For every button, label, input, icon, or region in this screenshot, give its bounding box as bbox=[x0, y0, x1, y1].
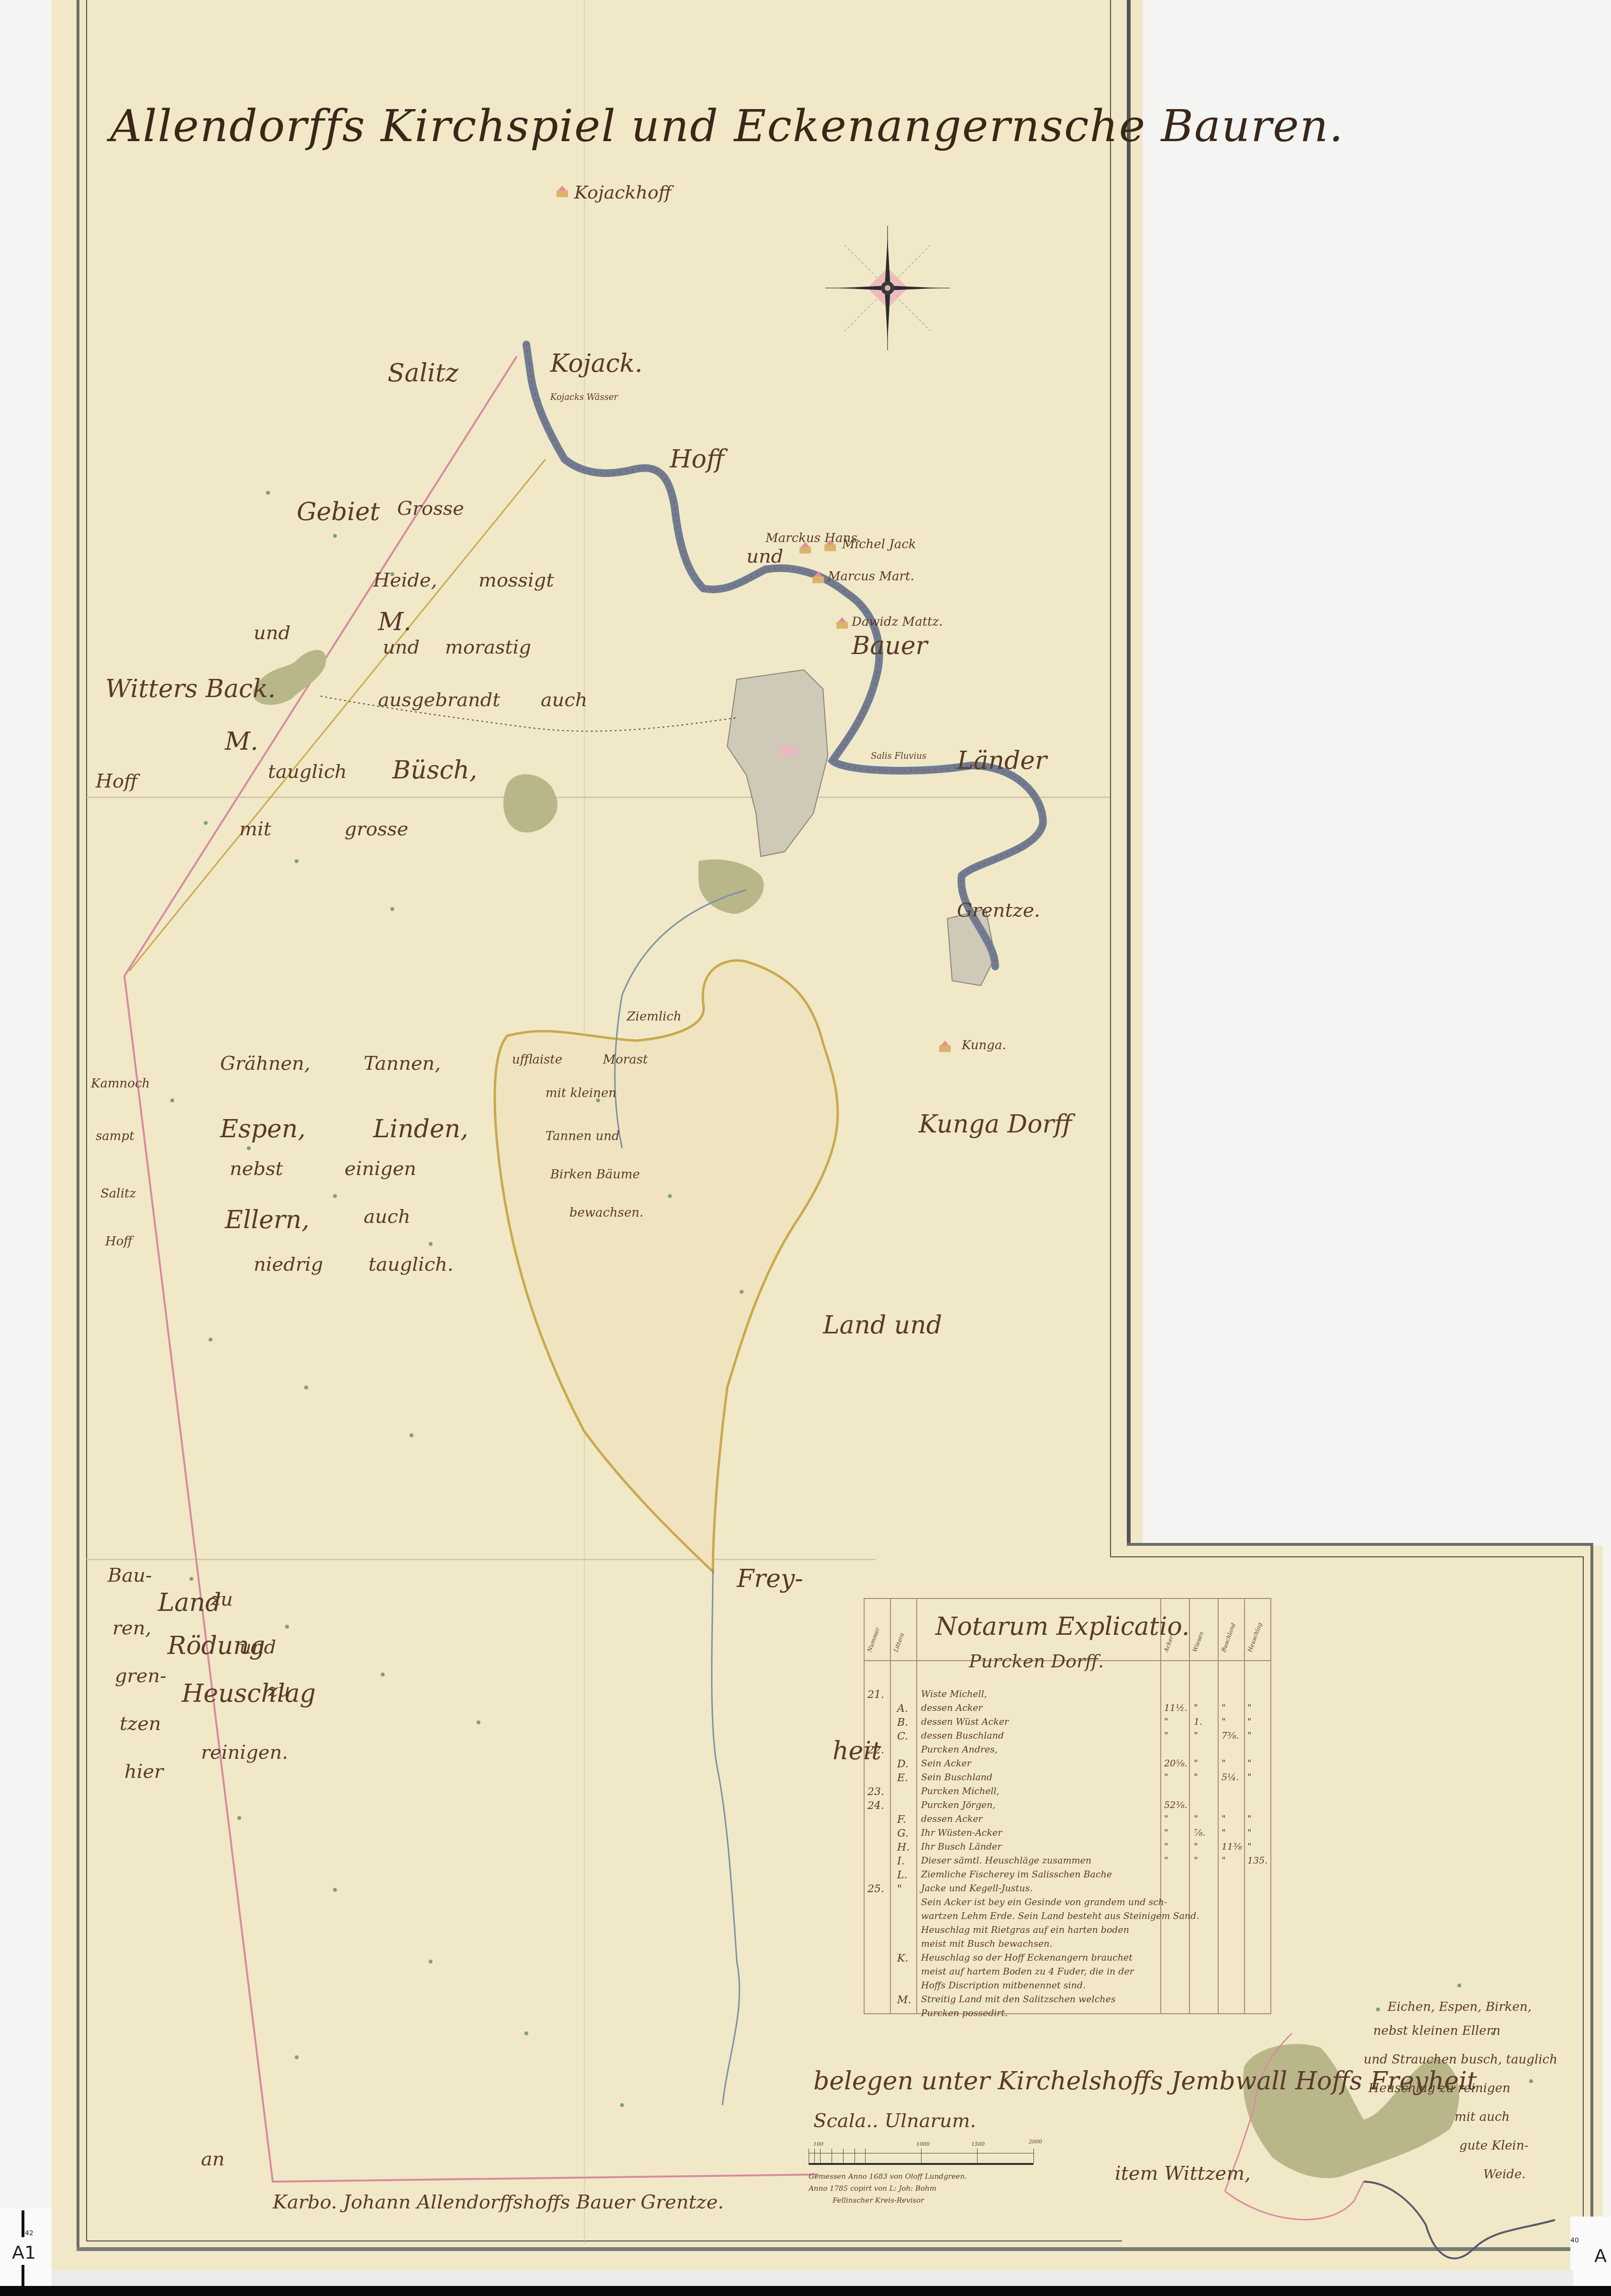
label-auch: auch bbox=[541, 689, 588, 711]
legend-value-busch: 5¼. bbox=[1222, 1772, 1239, 1783]
legend-letter: F. bbox=[897, 1814, 906, 1826]
label-morastig: morastig bbox=[445, 636, 531, 658]
label-ren: ren, bbox=[112, 1617, 151, 1639]
house-icon bbox=[835, 617, 849, 629]
scale-bar bbox=[809, 2153, 1033, 2165]
label-zu: zu bbox=[211, 1588, 233, 1610]
legend-value-busch: " bbox=[1222, 1855, 1226, 1866]
annex-text-line: Weide. bbox=[1483, 2167, 1526, 2182]
legend-col-header: Nummer bbox=[866, 1626, 881, 1653]
label-kojacks-wasser: Kojacks Wässer bbox=[550, 392, 618, 402]
label-zu: zu bbox=[268, 1679, 290, 1701]
legend-description: Purcken possedirt. bbox=[921, 2008, 1008, 2019]
legend-col-header: Littera bbox=[892, 1632, 905, 1653]
label-hoff: Hoff bbox=[105, 1234, 133, 1249]
legend-value-heu: " bbox=[1247, 1730, 1252, 1741]
legend-col-header: Wiesen bbox=[1191, 1631, 1205, 1653]
legend-value-busch: " bbox=[1222, 1758, 1226, 1769]
legend-col-header: Buschland bbox=[1220, 1622, 1237, 1653]
annex-text-line: Heuschlag zu reinigen bbox=[1368, 2081, 1511, 2096]
legend-value-busch: " bbox=[1222, 1828, 1226, 1838]
label-tauglich: tauglich bbox=[268, 761, 347, 783]
label-und: und bbox=[254, 622, 290, 644]
label-salis-fluvius: Salis Fluvius bbox=[871, 751, 926, 761]
house-icon bbox=[823, 540, 837, 551]
ruler-number: 40 bbox=[1570, 2237, 1579, 2244]
legend-value-busch: 7⅜. bbox=[1222, 1730, 1239, 1741]
legend-description: Wiste Michell, bbox=[921, 1689, 987, 1699]
annex-text-line: nebst kleinen Ellern bbox=[1373, 2024, 1500, 2038]
scale-title: Scala.. Ulnarum. bbox=[813, 2110, 976, 2132]
compass-rose-icon bbox=[825, 226, 950, 350]
legend-value-acker: " bbox=[1164, 1772, 1168, 1783]
label-karbo-grentze: Karbo. Johann Allendorffshoffs Bauer Gre… bbox=[273, 2191, 724, 2213]
legend-description: Sein Buschland bbox=[921, 1772, 992, 1783]
map-drawing bbox=[0, 0, 1611, 2296]
label-item-wittzem: item Wittzem, bbox=[1115, 2163, 1251, 2185]
scale-credit: Fellinscher Kreis-Revisor bbox=[833, 2196, 924, 2205]
legend-value-acker: 52⅜. bbox=[1164, 1800, 1188, 1810]
label-bau: Bau- bbox=[108, 1564, 152, 1586]
ruler-left: 42 A1 bbox=[0, 2208, 52, 2286]
ruler-label: A1 bbox=[12, 2242, 36, 2263]
legend-number: 24. bbox=[867, 1800, 884, 1812]
label-tannen: Tannen, bbox=[364, 1053, 441, 1075]
label-niedrig: niedrig bbox=[254, 1253, 323, 1276]
legend-value-acker: " bbox=[1164, 1841, 1168, 1852]
label-und: und bbox=[383, 636, 420, 658]
village-fields bbox=[727, 670, 828, 856]
annex-river bbox=[1364, 2182, 1555, 2258]
label-mossigt: mossigt bbox=[478, 569, 554, 591]
legend-description: wartzen Lehm Erde. Sein Land besteht aus… bbox=[921, 1911, 1199, 1921]
legend-value-heu: " bbox=[1247, 1703, 1252, 1713]
legend-description: Heuschlag so der Hoff Eckenangern brauch… bbox=[921, 1952, 1133, 1963]
legend-table: Notarum Explicatio. Purcken Dorff. Numme… bbox=[864, 1598, 1270, 2014]
legend-description: Heuschlag mit Rietgras auf ein harten bo… bbox=[921, 1925, 1129, 1935]
legend-description: meist mit Busch bewachsen. bbox=[921, 1939, 1053, 1949]
legend-value-heu: " bbox=[1247, 1772, 1252, 1783]
legend-description: Ihr Busch Länder bbox=[921, 1841, 1001, 1852]
label-hoff: Hoff bbox=[670, 445, 724, 474]
legend-value-busch: " bbox=[1222, 1717, 1226, 1727]
legend-value-acker: " bbox=[1164, 1855, 1168, 1866]
legend-description: Hoffs Discription mitbenennet sind. bbox=[921, 1980, 1086, 1991]
map-title: Allendorffs Kirchspiel und Eckenangernsc… bbox=[110, 100, 1344, 152]
label-farm-michel-jack: Michel Jack bbox=[842, 537, 916, 552]
label-lander: Länder bbox=[957, 746, 1047, 775]
label-grentze: Grentze. bbox=[957, 899, 1040, 921]
legend-value-acker: " bbox=[1164, 1730, 1168, 1741]
legend-letter: A. bbox=[897, 1703, 908, 1715]
legend-description: Streitig Land mit den Salitzschen welche… bbox=[921, 1994, 1116, 2005]
label-m: M. bbox=[225, 727, 258, 756]
label-reinigen: reinigen. bbox=[201, 1741, 288, 1764]
label-bewachsen: bewachsen. bbox=[569, 1206, 644, 1220]
legend-value-acker: 11½. bbox=[1164, 1703, 1188, 1713]
scale-tick-label: 100 bbox=[813, 2141, 823, 2147]
label-linden: Linden, bbox=[373, 1115, 468, 1143]
legend-letter: D. bbox=[897, 1758, 909, 1770]
label-land-und: Land und bbox=[823, 1311, 942, 1340]
legend-number: 22. bbox=[867, 1744, 884, 1756]
label-espen: Espen, bbox=[220, 1115, 306, 1143]
legend-value-wiesen: " bbox=[1194, 1758, 1198, 1769]
legend-description: dessen Acker bbox=[921, 1703, 983, 1713]
annex-text-line: mit auch bbox=[1455, 2110, 1510, 2124]
house-icon bbox=[555, 186, 569, 197]
label-an: an bbox=[201, 2148, 225, 2170]
label-m: M. bbox=[378, 608, 411, 636]
label-graehnen: Grähnen, bbox=[220, 1053, 311, 1075]
legend-value-wiesen: " bbox=[1194, 1855, 1198, 1866]
legend-value-heu: " bbox=[1247, 1828, 1252, 1838]
label-und: und bbox=[239, 1636, 276, 1658]
label-ellern: Ellern, bbox=[225, 1206, 310, 1234]
label-auch: auch bbox=[364, 1206, 411, 1228]
ruler-bottom bbox=[52, 2270, 1573, 2286]
legend-letter: M. bbox=[897, 1994, 911, 2006]
map-subtitle: Kojackhoff bbox=[574, 182, 671, 203]
label-busch: Büsch, bbox=[392, 756, 478, 785]
house-icon bbox=[938, 1041, 952, 1052]
ruler-number: 42 bbox=[25, 2229, 33, 2237]
annex-text-line: und Strauchen busch, tauglich bbox=[1364, 2052, 1557, 2067]
legend-value-wiesen: " bbox=[1194, 1814, 1198, 1824]
legend-letter: I. bbox=[897, 1855, 905, 1867]
legend-title: Notarum Explicatio. bbox=[935, 1612, 1189, 1641]
legend-value-wiesen: " bbox=[1194, 1730, 1198, 1741]
scale-tick-label: 2000 bbox=[1029, 2139, 1042, 2145]
label-sampt: sampt bbox=[96, 1129, 134, 1143]
legend-letter: H. bbox=[897, 1841, 910, 1853]
legend-letter: " bbox=[897, 1883, 902, 1895]
scale-credit: Gemessen Anno 1683 von Oloff Lundgreen. bbox=[809, 2172, 967, 2181]
label-kamnoch: Kamnoch bbox=[91, 1076, 150, 1091]
boundary-yellow bbox=[129, 459, 545, 971]
river-kojack bbox=[526, 344, 1043, 966]
label-ausgebrandt: ausgebrandt bbox=[378, 689, 500, 711]
label-tzen: tzen bbox=[120, 1713, 161, 1735]
legend-description: dessen Wüst Acker bbox=[921, 1717, 1009, 1727]
legend-value-wiesen: " bbox=[1194, 1772, 1198, 1783]
label-kunga-dorf: Kunga Dorff bbox=[919, 1110, 1072, 1139]
label-kunga: Kunga. bbox=[962, 1038, 1006, 1053]
label-tauglich: tauglich. bbox=[368, 1253, 454, 1276]
scale-credit: Anno 1785 copirt von L: Joh: Bohm bbox=[809, 2184, 936, 2193]
legend-section: Purcken Dorff. bbox=[969, 1651, 1104, 1672]
label-kojack: Kojack. bbox=[550, 349, 643, 378]
label-bauer: Bauer bbox=[852, 632, 927, 660]
legend-value-acker: 20⅝. bbox=[1164, 1758, 1188, 1769]
lake-village bbox=[699, 859, 764, 914]
label-grosse: Grosse bbox=[397, 498, 464, 520]
legend-description: Purcken Andres, bbox=[921, 1744, 998, 1755]
label-einigen: einigen bbox=[344, 1158, 416, 1180]
legend-value-acker: " bbox=[1164, 1828, 1168, 1838]
legend-description: Sein Acker ist bey ein Gesinde von grand… bbox=[921, 1897, 1167, 1908]
legend-value-heu: " bbox=[1247, 1814, 1252, 1824]
house-icon bbox=[798, 542, 812, 554]
ruler-right: 40 A bbox=[1570, 2217, 1611, 2286]
label-hoff: Hoff bbox=[96, 770, 137, 792]
legend-letter: L. bbox=[897, 1869, 908, 1881]
legend-description: meist auf hartem Boden zu 4 Fuder, die i… bbox=[921, 1966, 1134, 1977]
legend-number: 23. bbox=[867, 1786, 884, 1798]
label-nebst: nebst bbox=[230, 1158, 283, 1180]
legend-description: dessen Buschland bbox=[921, 1730, 1004, 1741]
legend-letter: E. bbox=[897, 1772, 908, 1784]
legend-value-acker: " bbox=[1164, 1717, 1168, 1727]
legend-description: Dieser sämtl. Heuschläge zusammen bbox=[921, 1855, 1091, 1866]
annex-text-line: Eichen, Espen, Birken, bbox=[1388, 2000, 1532, 2014]
legend-description: Purcken Michell, bbox=[921, 1786, 1000, 1797]
legend-letter: C. bbox=[897, 1730, 908, 1742]
label-und: und bbox=[746, 545, 783, 567]
legend-value-wiesen: " bbox=[1194, 1841, 1198, 1852]
label-hier: hier bbox=[124, 1761, 163, 1783]
label-witters-back: Witters Back. bbox=[105, 675, 276, 703]
legend-value-busch: 11⅜ bbox=[1222, 1841, 1242, 1852]
legend-letter: B. bbox=[897, 1717, 908, 1729]
label-ziemlich: Ziemlich bbox=[627, 1009, 681, 1024]
legend-letter: K. bbox=[897, 1952, 908, 1964]
legend-value-acker: " bbox=[1164, 1814, 1168, 1824]
label-gren: gren- bbox=[115, 1665, 167, 1687]
legend-description: Jacke und Kegell-Justus. bbox=[921, 1883, 1033, 1894]
plot-pink bbox=[780, 746, 797, 756]
label-heuschlag: Heuschlag bbox=[182, 1679, 316, 1708]
lake-center bbox=[503, 774, 557, 832]
annex-text-line: gute Klein- bbox=[1459, 2139, 1528, 2153]
house-icon bbox=[811, 572, 825, 583]
legend-description: Ziemliche Fischerey im Salisschen Bache bbox=[921, 1869, 1112, 1880]
label-heide: Heide, bbox=[373, 569, 437, 591]
label-salitz: Salitz bbox=[388, 359, 458, 388]
legend-value-busch: " bbox=[1222, 1703, 1226, 1713]
legend-number: 25. bbox=[867, 1883, 884, 1895]
legend-description: dessen Acker bbox=[921, 1814, 983, 1824]
legend-value-heu: " bbox=[1247, 1717, 1252, 1727]
legend-description: Purcken Jörgen, bbox=[921, 1800, 996, 1810]
legend-value-wiesen: " bbox=[1194, 1703, 1198, 1713]
legend-col-header: Heuschlag bbox=[1246, 1621, 1263, 1653]
legend-value-wiesen: ⅞. bbox=[1194, 1828, 1205, 1838]
legend-value-busch: " bbox=[1222, 1814, 1226, 1824]
legend-value-wiesen: 1. bbox=[1194, 1717, 1202, 1727]
label-frey: Frey- bbox=[737, 1564, 803, 1593]
legend-value-heu: " bbox=[1247, 1758, 1252, 1769]
label-mit: mit bbox=[239, 818, 271, 840]
ruler-label: A bbox=[1594, 2245, 1607, 2266]
legend-value-heu: " bbox=[1247, 1841, 1252, 1852]
label-salitz: Salitz bbox=[100, 1187, 136, 1201]
label-ufflaiste: ufflaiste bbox=[512, 1053, 562, 1067]
legend-letter: G. bbox=[897, 1828, 909, 1840]
label-gebiet: Gebiet bbox=[297, 498, 380, 526]
legend-description: Sein Acker bbox=[921, 1758, 971, 1769]
scale-tick-label: 1000 bbox=[916, 2141, 930, 2147]
label-grosse: grosse bbox=[344, 818, 409, 840]
label-mit-kleinen: mit kleinen bbox=[545, 1086, 616, 1100]
scan-edge bbox=[0, 2286, 1611, 2296]
label-farm-dawidz-mattz: Dawidz Mattz. bbox=[852, 615, 943, 629]
scale-tick-label: 1500 bbox=[971, 2141, 985, 2147]
legend-description: Ihr Wüsten-Acker bbox=[921, 1828, 1002, 1838]
label-tannen-und: Tannen und bbox=[545, 1129, 620, 1143]
legend-value-heu: 135. bbox=[1247, 1855, 1267, 1866]
legend-number: 21. bbox=[867, 1689, 884, 1701]
label-birken-baeume: Birken Bäume bbox=[550, 1167, 640, 1182]
label-morast: Morast bbox=[603, 1053, 648, 1067]
label-farm-marcus-mart: Marcus Mart. bbox=[828, 569, 914, 584]
